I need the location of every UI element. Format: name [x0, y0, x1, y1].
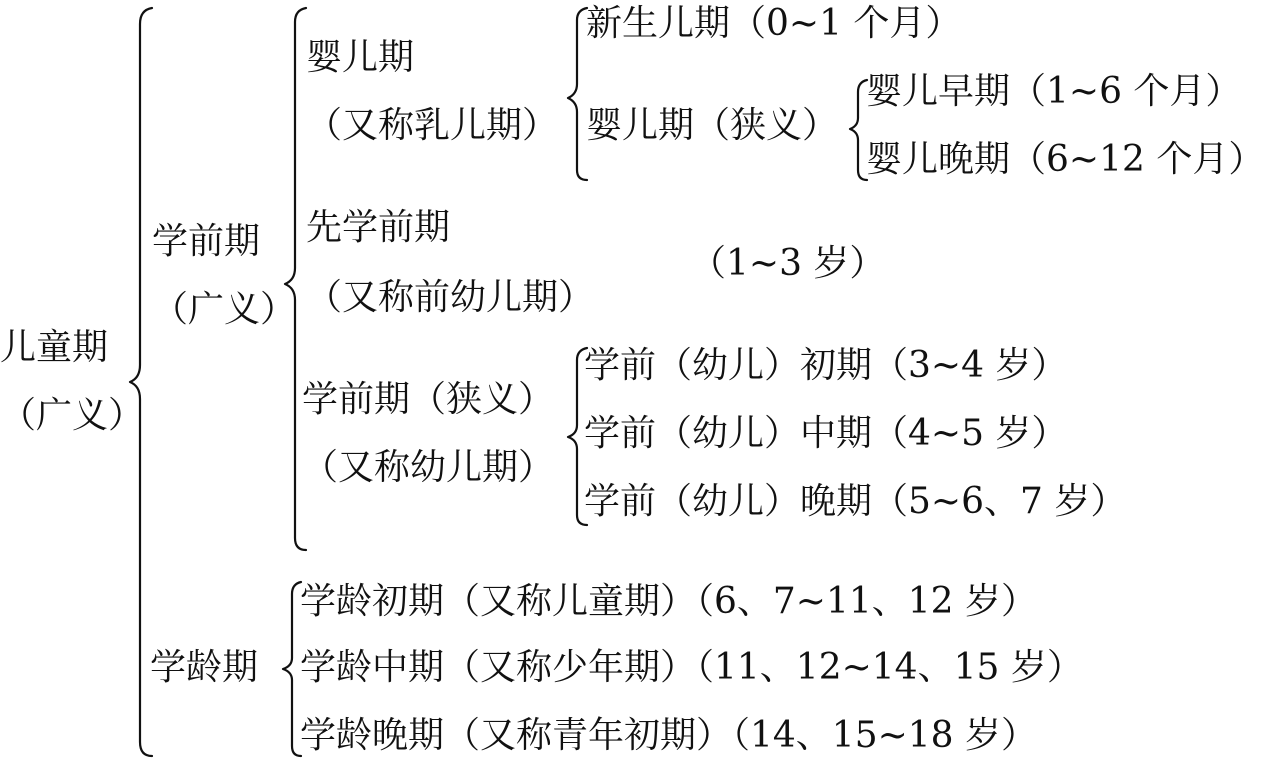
preschool-broad-label: 学前期: [152, 222, 260, 262]
infancy-brace: [568, 8, 587, 180]
toddler-alias: （又称前幼儿期）: [306, 278, 594, 318]
root-label-qualifier: （广义）: [0, 396, 144, 436]
preschool-middle-period: 学前（幼儿）中期（4~5 岁）: [584, 414, 1067, 454]
infancy-narrow-brace: [850, 80, 867, 180]
school-age-late-period: 学龄晚期（又称青年初期）（14、15~18 岁）: [300, 716, 1037, 756]
infancy-narrow-label: 婴儿期（狭义）: [586, 106, 838, 146]
toddler-label: 先学前期: [306, 208, 450, 248]
school-age-label: 学龄期: [150, 648, 258, 688]
infancy-early-period: 婴儿早期（1~6 个月）: [866, 72, 1241, 112]
school-age-brace: [283, 582, 301, 756]
school-age-early-period: 学龄初期（又称儿童期）（6、7~11、12 岁）: [300, 582, 1037, 622]
toddler-age: （1~3 岁）: [690, 244, 885, 284]
root-label: 儿童期: [0, 328, 108, 368]
preschool-broad-qualifier: （广义）: [152, 290, 296, 330]
preschool-narrow-alias: （又称幼儿期）: [302, 448, 554, 488]
school-age-middle-period: 学龄中期（又称少年期）（11、12~14、15 岁）: [300, 648, 1083, 688]
infancy-alias: （又称乳儿期）: [306, 106, 558, 146]
preschool-narrow-label: 学前期（狭义）: [302, 380, 554, 420]
infancy-label: 婴儿期: [306, 38, 414, 78]
root-brace: [130, 8, 152, 756]
infancy-late-period: 婴儿晚期（6~12 个月）: [866, 140, 1263, 180]
newborn-period: 新生儿期（0~1 个月）: [586, 4, 961, 44]
preschool-late-period: 学前（幼儿）晚期（5~6、7 岁）: [584, 482, 1126, 522]
preschool-early-period: 学前（幼儿）初期（3~4 岁）: [584, 346, 1067, 386]
